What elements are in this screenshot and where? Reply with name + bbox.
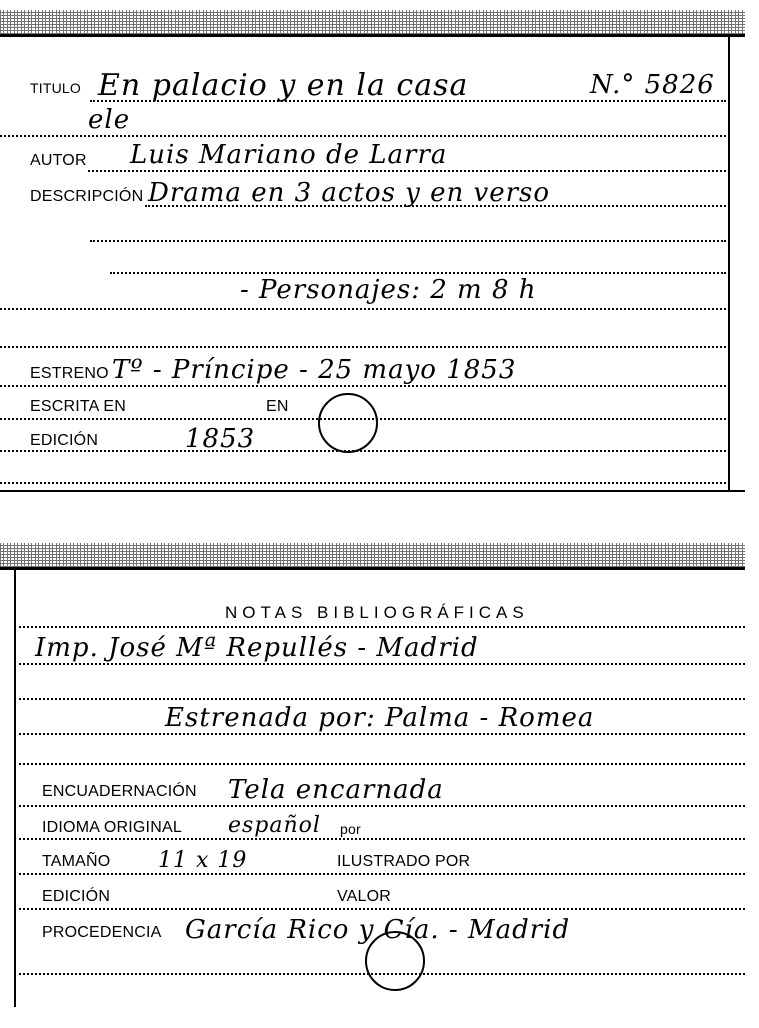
rule xyxy=(0,346,726,348)
rule xyxy=(14,805,745,807)
descripcion-value: Drama en 3 actos y en verso xyxy=(148,178,550,208)
rule xyxy=(14,626,745,628)
left-border xyxy=(14,567,16,1007)
rule xyxy=(14,733,745,735)
rule xyxy=(145,205,726,207)
descripcion-extra: - Personajes: 2 m 8 h xyxy=(240,275,537,305)
catalog-card-back: NOTAS BIBLIOGRÁFICAS Imp. José Mª Repull… xyxy=(0,543,745,1013)
rule xyxy=(0,482,726,484)
call-number: N.° 5826 xyxy=(590,70,715,100)
rule xyxy=(14,973,745,975)
titulo-label: TITULO xyxy=(30,80,81,96)
descripcion-label: DESCRIPCIÓN xyxy=(30,188,143,206)
rule xyxy=(0,308,726,310)
rule xyxy=(90,240,726,242)
procedencia-label: PROCEDENCIA xyxy=(42,924,162,942)
encuadernacion-value: Tela encarnada xyxy=(228,775,444,805)
tamano-value: 11 x 19 xyxy=(158,848,247,873)
right-border xyxy=(728,34,730,490)
rule xyxy=(0,385,726,387)
card-separator xyxy=(0,490,745,492)
escrita-en-label: ESCRITA EN xyxy=(30,398,126,416)
top-border xyxy=(0,34,745,37)
punch-hole xyxy=(318,393,378,453)
rule xyxy=(88,170,726,172)
rule xyxy=(14,763,745,765)
top-border xyxy=(0,567,745,570)
notas-heading: NOTAS BIBLIOGRÁFICAS xyxy=(225,603,529,623)
autor-label: AUTOR xyxy=(30,152,87,170)
rule xyxy=(0,450,726,452)
titulo-value-cont: ele xyxy=(88,105,130,135)
rule xyxy=(14,838,745,840)
idioma-label: IDIOMA ORIGINAL xyxy=(42,819,182,837)
edicion-label-back: EDICIÓN xyxy=(42,888,110,906)
note-line-1: Imp. José Mª Repullés - Madrid xyxy=(35,633,479,663)
rule xyxy=(14,908,745,910)
scan-noise-border xyxy=(0,10,745,34)
rule xyxy=(0,418,726,420)
estreno-value: Tº - Príncipe - 25 mayo 1853 xyxy=(112,355,516,385)
valor-label: VALOR xyxy=(337,888,391,906)
rule xyxy=(0,135,726,137)
edicion-label: EDICIÓN xyxy=(30,432,98,450)
rule xyxy=(14,698,745,700)
note-line-2: Estrenada por: Palma - Romea xyxy=(165,703,594,733)
rule xyxy=(110,272,726,274)
idioma-suffix: por xyxy=(340,821,361,837)
rule xyxy=(14,663,745,665)
catalog-card-front: TITULO En palacio y en la casa N.° 5826 … xyxy=(0,10,745,490)
ilustrado-label: ILUSTRADO POR xyxy=(337,853,470,871)
rule xyxy=(14,873,745,875)
encuadernacion-label: ENCUADERNACIÓN xyxy=(42,783,197,801)
en-label: EN xyxy=(266,398,289,416)
tamano-label: TAMAÑO xyxy=(42,853,110,871)
rule xyxy=(90,100,726,102)
scan-noise-border xyxy=(0,543,745,567)
autor-value: Luis Mariano de Larra xyxy=(130,140,447,170)
punch-hole xyxy=(365,931,425,991)
titulo-value: En palacio y en la casa xyxy=(98,68,468,103)
estreno-label: ESTRENO xyxy=(30,365,109,383)
idioma-value: español xyxy=(228,813,321,838)
